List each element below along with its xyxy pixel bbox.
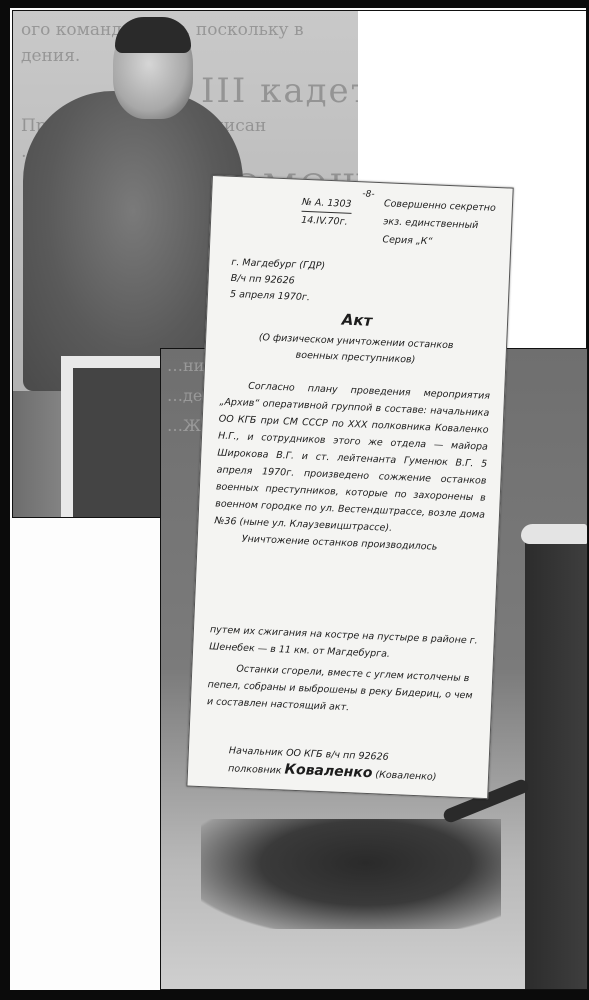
signature: Коваленко	[284, 762, 373, 782]
body-paragraph: Согласно плану проведения мероприятия „А…	[214, 377, 490, 541]
signature-name: (Коваленко)	[375, 769, 436, 783]
guard-figure	[525, 529, 587, 989]
classification-line: Серия „К“	[382, 231, 503, 254]
guard-cap	[521, 524, 587, 544]
classification-block: Совершенно секретно экз. единственный Се…	[382, 195, 504, 254]
reference-number: № А. 1303	[302, 194, 352, 214]
document-subtitle: (О физическом уничтожении останков военн…	[235, 329, 476, 371]
signature-rank: полковник	[228, 763, 282, 776]
body-paragraph: путем их сжигания на костре на пустыре в…	[209, 621, 480, 666]
body-paragraph: Останки сгорели, вместе с углем истолчен…	[207, 659, 479, 721]
handwritten-act-document: -8- № А. 1303 14.IV.70г. Совершенно секр…	[186, 175, 513, 799]
speaker-hair	[115, 17, 191, 53]
dog-figure	[201, 819, 501, 929]
signature-block: Начальник ОО КГБ в/ч пп 92626 полковник …	[228, 742, 479, 787]
reference-date: 14.IV.70г.	[301, 215, 348, 228]
document-body: Согласно плану проведения мероприятия „А…	[213, 377, 490, 558]
address-block: г. Магдебург (ГДР) В/ч пп 92626 5 апреля…	[230, 255, 392, 310]
document-body-continued: путем их сжигания на костре на пустыре в…	[207, 621, 480, 721]
reference-block: № А. 1303 14.IV.70г.	[301, 194, 372, 232]
